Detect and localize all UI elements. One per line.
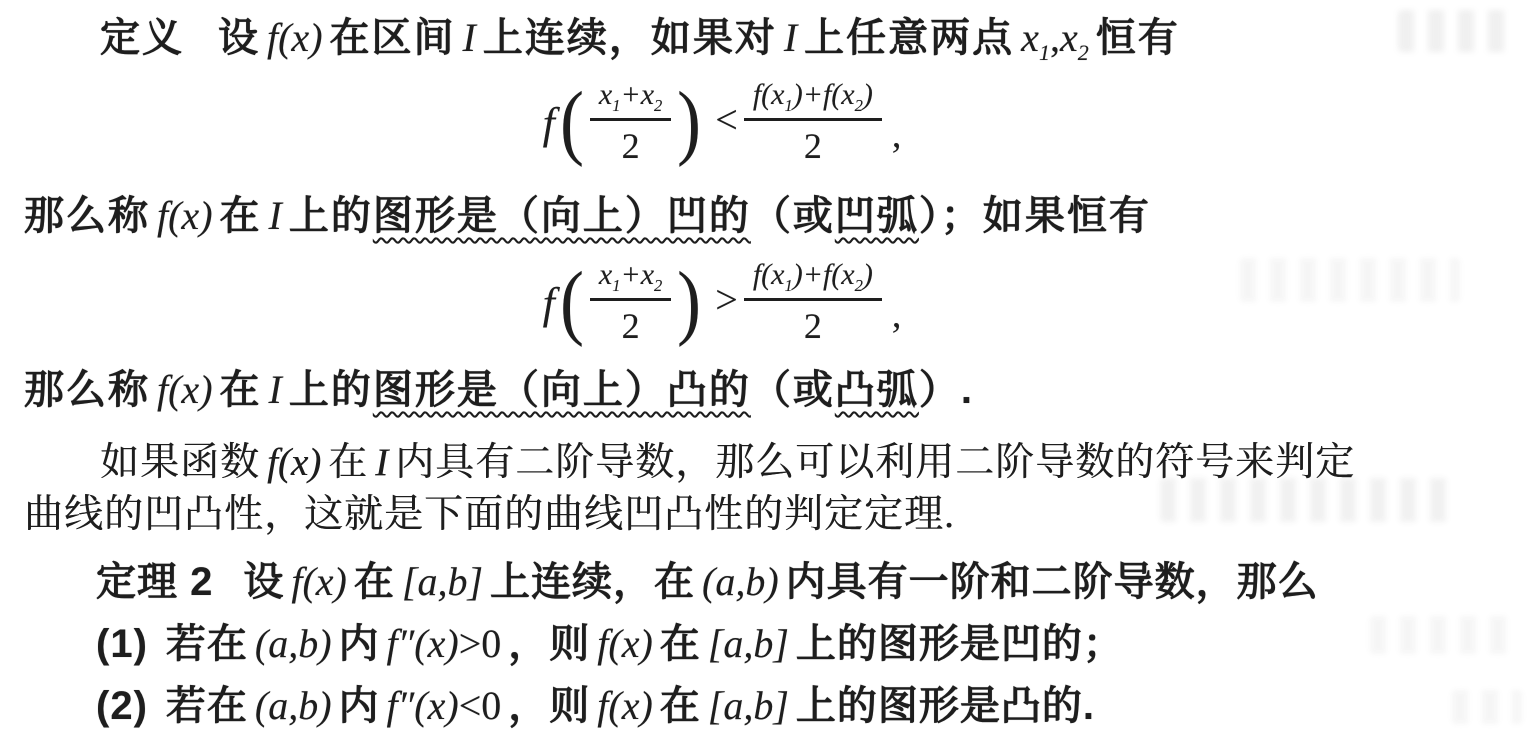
- text-run: 上的: [289, 368, 373, 412]
- math-interval-I: I: [269, 193, 282, 238]
- left-paren: (: [560, 84, 584, 160]
- item-number: (2): [96, 684, 148, 728]
- greater-than-sign: >: [715, 276, 738, 323]
- text-run: 在: [660, 684, 701, 728]
- scan-artifact: [1370, 616, 1520, 654]
- math-fx: f(x): [597, 621, 653, 666]
- wavy-underlined-term-concave-arc: 凹弧: [835, 194, 919, 238]
- math-fx: f(x): [267, 15, 323, 60]
- wavy-underlined-term-concave: 图形是（向上）凹的: [373, 194, 751, 238]
- text-run: ）.: [919, 368, 974, 412]
- math-fx: f(x): [267, 441, 321, 484]
- text-run: ）；如果恒有: [919, 194, 1151, 238]
- item-number: (1): [96, 622, 148, 666]
- theorem-heading: 定理 2: [96, 560, 213, 604]
- fraction-average: f(x1)+f(x2) 2: [744, 76, 882, 167]
- text-run: 设: [243, 560, 284, 604]
- comma: ,: [892, 293, 902, 337]
- math-fx: f(x): [597, 683, 653, 728]
- math-open-interval: (a,b): [255, 683, 332, 728]
- math-comparison: >0: [459, 621, 502, 666]
- text-run: 恒有: [1096, 16, 1180, 60]
- text-run: 在: [328, 441, 368, 484]
- fraction-midpoint: x1+x2 2: [590, 76, 671, 167]
- math-second-derivative: f″(x): [387, 683, 459, 728]
- text-run: 设: [218, 16, 260, 60]
- math-closed-interval: [a,b]: [708, 683, 789, 728]
- text-run: 那么称: [24, 194, 150, 238]
- fraction-average: f(x1)+f(x2) 2: [744, 256, 882, 347]
- math-interval-I: I: [463, 15, 476, 60]
- text-run: 在: [354, 560, 395, 604]
- theorem-case-1: (1)若在(a,b)内f″(x)>0，则f(x)在[a,b]上的图形是凹的；: [96, 620, 1124, 668]
- text-run: （或: [751, 368, 835, 412]
- text-run: 上连续，在: [490, 560, 695, 604]
- textbook-page-scan: 定义设f(x)在区间I上连续，如果对I上任意两点x1,x2恒有 f ( x1+x…: [0, 0, 1528, 745]
- math-comparison: <0: [459, 683, 502, 728]
- text-run: 在区间: [330, 16, 456, 60]
- text-run: 内具有二阶导数，那么可以利用二阶导数的符号来判定: [395, 441, 1355, 484]
- math-second-derivative: f″(x): [387, 621, 459, 666]
- math-interval-I: I: [784, 15, 797, 60]
- less-than-sign: <: [715, 96, 738, 143]
- text-run: 内: [339, 684, 380, 728]
- text-run: 在: [220, 194, 262, 238]
- text-run: 上连续，如果对: [483, 16, 777, 60]
- right-paren: ): [677, 264, 701, 340]
- text-run: 在: [660, 622, 701, 666]
- formula-convex: f ( x1+x2 2 ) > f(x1)+f(x2) 2 ,: [0, 256, 1528, 347]
- text-run: 在: [220, 368, 262, 412]
- text-run: 上任意两点: [804, 16, 1014, 60]
- scan-artifact: [1398, 10, 1516, 52]
- text-run: ，则: [508, 622, 590, 666]
- text-run: 如果函数: [100, 441, 260, 484]
- math-x1-x2: x1,x2: [1021, 15, 1089, 60]
- math-f: f: [543, 98, 555, 149]
- definition-line-3: 那么称f(x)在I上的图形是（向上）凸的（或凸弧）.: [24, 366, 974, 414]
- math-f: f: [543, 278, 555, 329]
- text-run: 上的图形是凹的；: [796, 622, 1124, 666]
- text-run: 那么称: [24, 368, 150, 412]
- math-open-interval: (a,b): [255, 621, 332, 666]
- fraction-midpoint: x1+x2 2: [590, 256, 671, 347]
- math-interval-I: I: [269, 367, 282, 412]
- right-paren: ): [677, 84, 701, 160]
- math-closed-interval: [a,b]: [708, 621, 789, 666]
- math-fx: f(x): [157, 193, 213, 238]
- text-run: 曲线的凹凸性，这就是下面的曲线凹凸性的判定定理.: [24, 493, 955, 536]
- text-run: （或: [751, 194, 835, 238]
- comma: ,: [892, 113, 902, 157]
- paragraph-line-1: 如果函数f(x)在I内具有二阶导数，那么可以利用二阶导数的符号来判定: [100, 440, 1355, 486]
- text-run: 内具有一阶和二阶导数，那么: [786, 560, 1319, 604]
- definition-line-1: 定义设f(x)在区间I上连续，如果对I上任意两点x1,x2恒有: [100, 14, 1180, 62]
- definition-heading: 定义: [100, 16, 184, 60]
- paragraph-line-2: 曲线的凹凸性，这就是下面的曲线凹凸性的判定定理.: [24, 492, 955, 538]
- math-interval-I: I: [375, 441, 388, 484]
- text-run: 内: [339, 622, 380, 666]
- text-run: 上的图形是凸的.: [796, 684, 1095, 728]
- definition-line-2: 那么称f(x)在I上的图形是（向上）凹的（或凹弧）；如果恒有: [24, 192, 1151, 240]
- text-run: 若在: [166, 684, 248, 728]
- theorem-line-1: 定理 2设f(x)在[a,b]上连续，在(a,b)内具有一阶和二阶导数，那么: [96, 558, 1319, 606]
- formula-concave: f ( x1+x2 2 ) < f(x1)+f(x2) 2 ,: [0, 76, 1528, 167]
- wavy-underlined-term-convex: 图形是（向上）凸的: [373, 368, 751, 412]
- theorem-case-2: (2)若在(a,b)内f″(x)<0，则f(x)在[a,b]上的图形是凸的.: [96, 682, 1095, 730]
- scan-artifact: [1452, 690, 1522, 724]
- math-open-interval: (a,b): [702, 559, 779, 604]
- math-closed-interval: [a,b]: [402, 559, 483, 604]
- text-run: 上的: [289, 194, 373, 238]
- text-run: 若在: [166, 622, 248, 666]
- math-fx: f(x): [291, 559, 347, 604]
- wavy-underlined-term-convex-arc: 凸弧: [835, 368, 919, 412]
- text-run: ，则: [508, 684, 590, 728]
- math-fx: f(x): [157, 367, 213, 412]
- left-paren: (: [560, 264, 584, 340]
